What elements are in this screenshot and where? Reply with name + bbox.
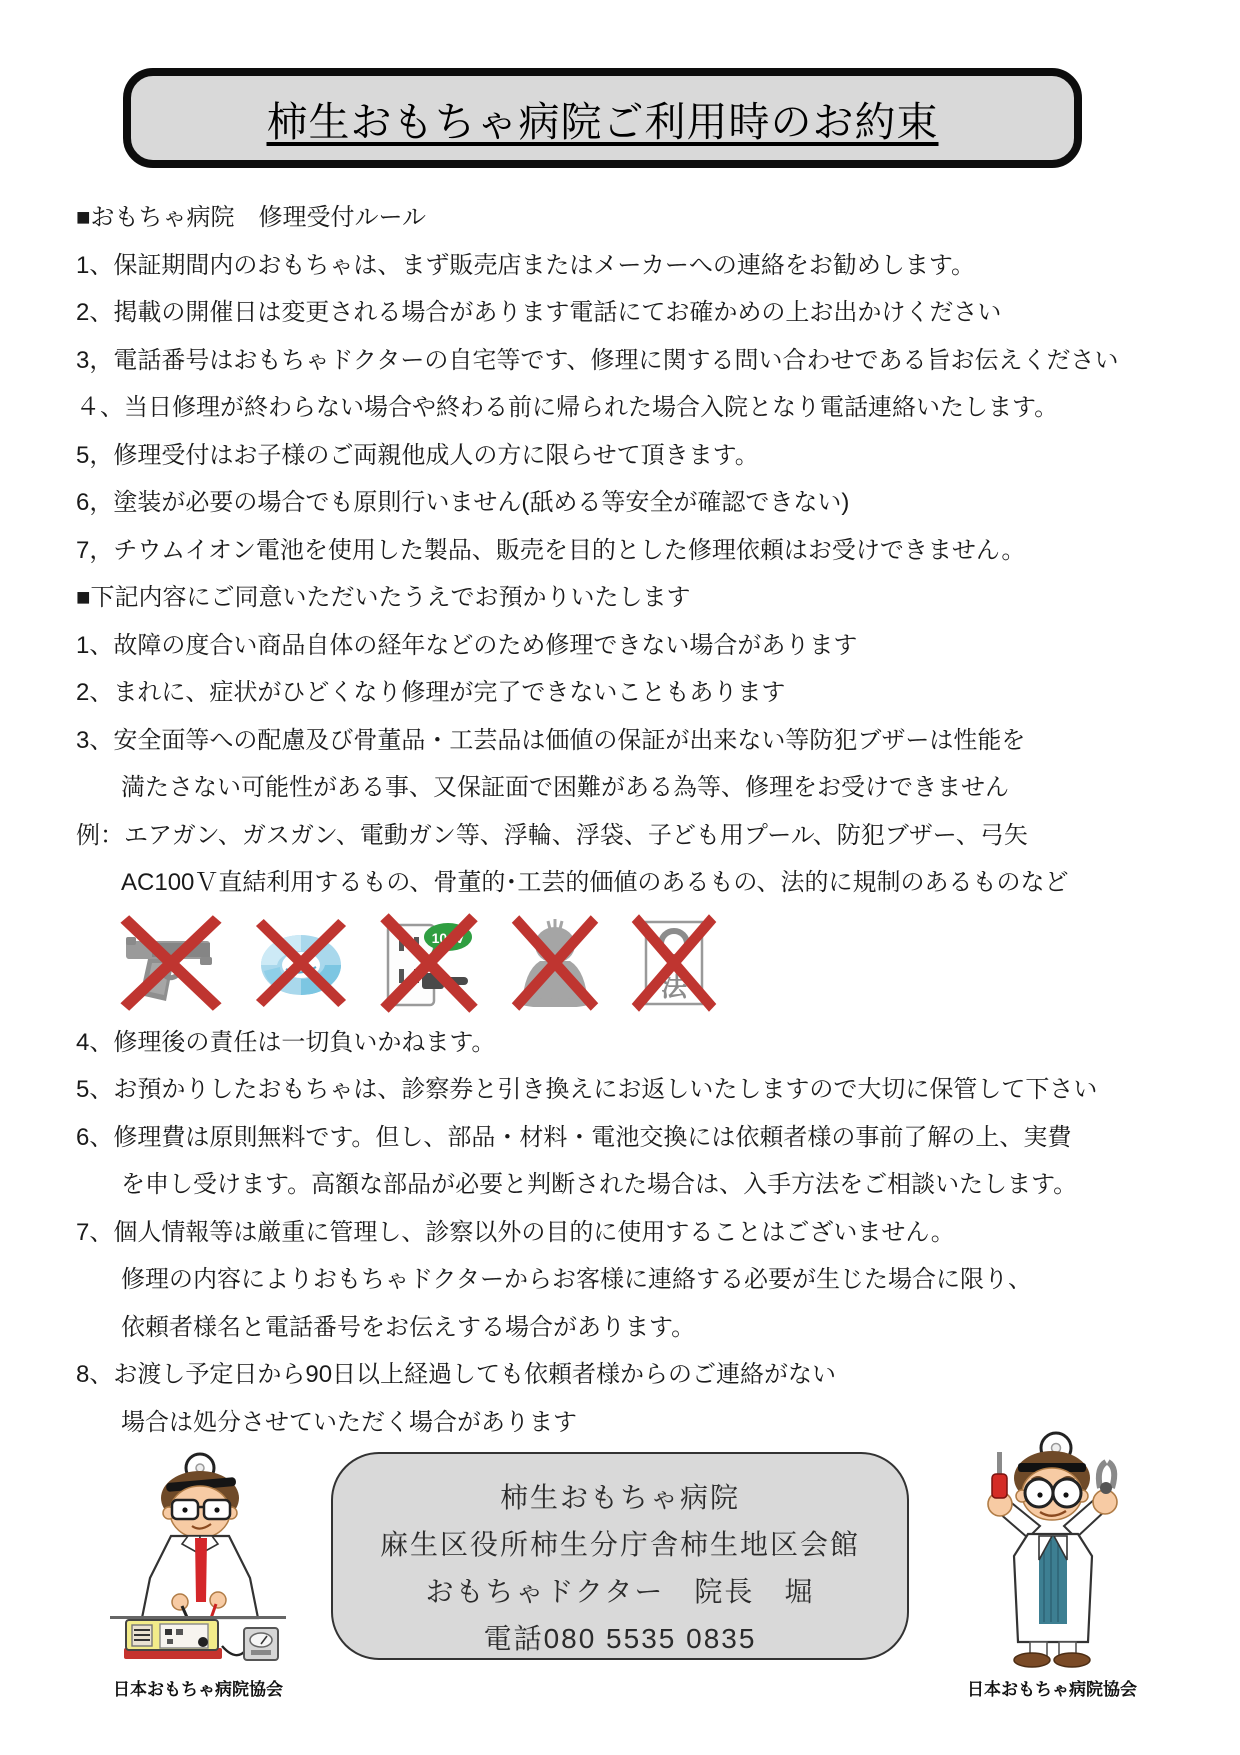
document-line: 7、個人情報等は厳重に管理し、診察以外の目的に使用することはございません。: [0, 1209, 1240, 1257]
document-page: 柿生おもちゃ病院ご利用時のお約束 ■おもちゃ病院 修理受付ルール 1、保証期間内…: [0, 0, 1240, 1755]
agreement-line-list-top: 1、故障の度合い商品自体の経年などのため修理できない場合があります2、まれに、症…: [0, 622, 1240, 907]
document-line: 1、故障の度合い商品自体の経年などのため修理できない場合があります: [0, 622, 1240, 670]
document-line: 修理の内容によりおもちゃドクターからお客様に連絡する必要が生じた場合に限り、: [0, 1256, 1240, 1304]
document-line: 例：エアガン、ガスガン、電動ガン等、浮輪、浮袋、子ども用プール、防犯ブザー、弓矢: [0, 812, 1240, 860]
association-label: 日本おもちゃ病院協会: [962, 1675, 1142, 1700]
prohibited-cross-icon: [252, 917, 350, 1009]
toy-gun-icon: [122, 919, 220, 1007]
agreement-line-list-bottom: 4、修理後の責任は一切負いかねます。5、お預かりしたおもちゃは、診察券と引き換え…: [0, 1019, 1240, 1447]
swim-ring-icon: [258, 923, 344, 1003]
hospital-address: 麻生区役所柿生分庁舎柿生地区会館: [333, 1521, 907, 1568]
prohibited-cross-icon: [508, 913, 602, 1013]
antique-doll-icon: [514, 919, 596, 1007]
prohibited-cross-icon: [376, 911, 482, 1015]
document-line: 4、修理後の責任は一切負いかねます。: [0, 1019, 1240, 1067]
prohibited-icons-row: 100V: [0, 907, 1240, 1019]
document-line: 6、修理費は原則無料です。但し、部品・材料・電池交換には依頼者様の事前了解の上、…: [0, 1114, 1240, 1162]
document-line: AC100Ｖ直結利用するもの、骨董的･工芸的価値のあるもの、法的に規制のあるもの…: [0, 859, 1240, 907]
document-line: 7，チウムイオン電池を使用した製品、販売を目的とした修理依頼はお受けできません。: [0, 527, 1240, 575]
document-line: 6，塗装が必要の場合でも原則行いません(舐める等安全が確認できない): [0, 479, 1240, 527]
toy-doctor-standing-art: [966, 1430, 1138, 1668]
regulated-by-law-icon: 法: [634, 918, 714, 1008]
section-heading-rules: ■おもちゃ病院 修理受付ルール: [0, 194, 1240, 242]
prohibited-cross-icon: [116, 913, 226, 1013]
toy-doctor-repairing-illustration: 日本おもちゃ病院協会: [108, 1450, 288, 1700]
toy-doctor-standing-illustration: 日本おもちゃ病院協会: [962, 1430, 1142, 1700]
hospital-name: 柿生おもちゃ病院: [333, 1474, 907, 1521]
ac-outlet-100v-icon: 100V: [382, 917, 476, 1009]
document-body: ■おもちゃ病院 修理受付ルール 1、保証期間内のおもちゃは、まず販売店またはメー…: [0, 194, 1240, 1446]
document-line: 5，修理受付はお子様のご両親他成人の方に限らせて頂きます。: [0, 432, 1240, 480]
toy-doctor-repairing-art: [110, 1450, 286, 1668]
document-line: 依頼者様名と電話番号をお伝えする場合があります。: [0, 1304, 1240, 1352]
document-line: 1、保証期間内のおもちゃは、まず販売店またはメーカーへの連絡をお勧めします。: [0, 242, 1240, 290]
document-line: 8、お渡し予定日から90日以上経過しても依頼者様からのご連絡がない: [0, 1351, 1240, 1399]
document-line: 3，電話番号はおもちゃドクターの自宅等です、修理に関する問い合わせである旨お伝え…: [0, 337, 1240, 385]
title-box: 柿生おもちゃ病院ご利用時のお約束: [123, 68, 1082, 168]
document-line: 3、安全面等への配慮及び骨董品・工芸品は価値の保証が出来ない等防犯ブザーは性能を: [0, 717, 1240, 765]
document-line: ４、当日修理が終わらない場合や終わる前に帰られた場合入院となり電話連絡いたします…: [0, 384, 1240, 432]
section-heading-agreement: ■下記内容にご同意いただいたうえでお預かりいたします: [0, 574, 1240, 622]
prohibited-cross-icon: [628, 912, 720, 1014]
association-label: 日本おもちゃ病院協会: [108, 1675, 288, 1700]
document-line: 満たさない可能性がある事、又保証面で困難がある為等、修理をお受けできません: [0, 764, 1240, 812]
document-line: 5、お預かりしたおもちゃは、診察券と引き換えにお返しいたしますので大切に保管して…: [0, 1066, 1240, 1114]
rules-line-list: 1、保証期間内のおもちゃは、まず販売店またはメーカーへの連絡をお勧めします。2、…: [0, 242, 1240, 575]
document-line: 2、掲載の開催日は変更される場合があります電話にてお確かめの上お出かけください: [0, 289, 1240, 337]
page-title: 柿生おもちゃ病院ご利用時のお約束: [267, 89, 939, 148]
document-line: 2、まれに、症状がひどくなり修理が完了できないこともあります: [0, 669, 1240, 717]
document-line: を申し受けます。高額な部品が必要と判断された場合は、入手方法をご相談いたします。: [0, 1161, 1240, 1209]
contact-info-box: 柿生おもちゃ病院 麻生区役所柿生分庁舎柿生地区会館 おもちゃドクター 院長 堀 …: [331, 1452, 909, 1660]
phone-number: 電話080 5535 0835: [333, 1615, 907, 1662]
doctor-name: おもちゃドクター 院長 堀: [333, 1568, 907, 1615]
